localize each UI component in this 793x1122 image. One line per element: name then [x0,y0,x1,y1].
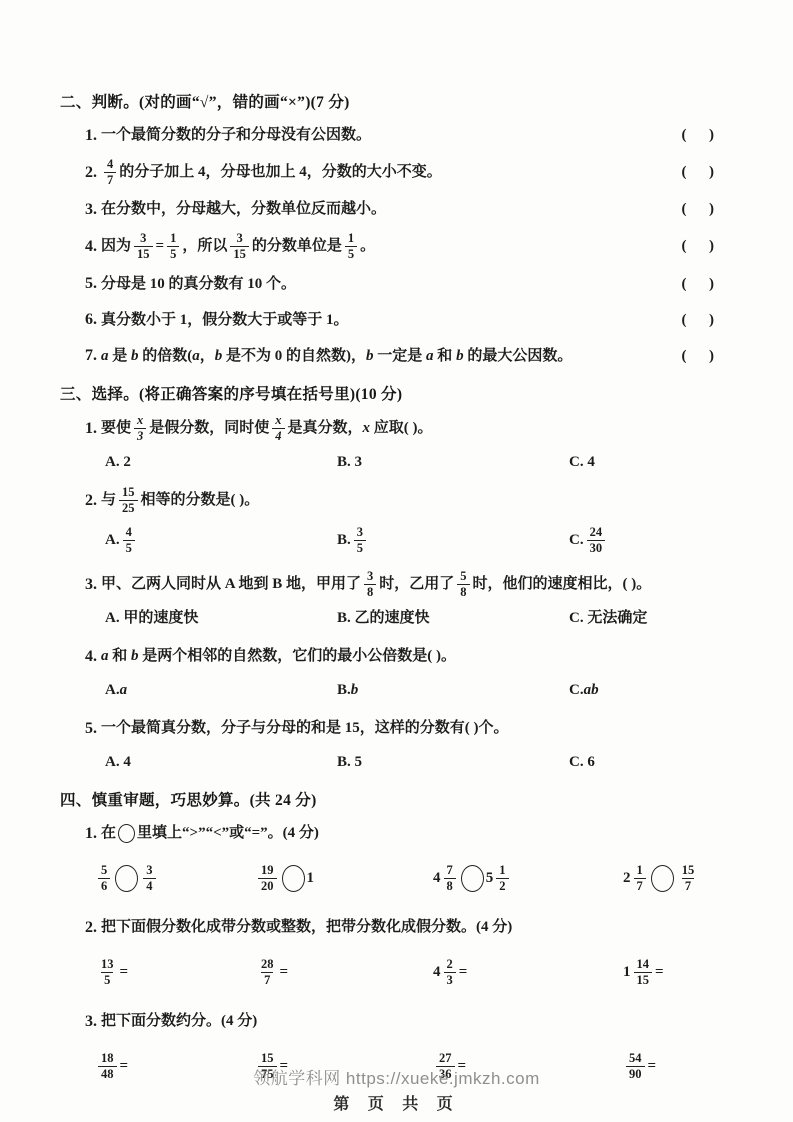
fraction: 315 [230,232,249,261]
option-a: A. 甲的速度快 [105,608,337,629]
watermark-site-link: 领航学科网 https://xueke.jmkzh.com [0,1064,793,1089]
calc-sub-title: 把下面假分数化成带分数或整数，把带分数化成假分数。(4 分) [101,917,512,938]
fraction: 35 [354,526,366,555]
item-number: 6. [85,311,97,329]
calc-sub-title: 在里填上“>”“<”或“=”。(4 分) [101,823,319,844]
choice-item-2: 2. 与1525相等的分数是( )。 A. 45 B. 35 C. 2430 [60,486,714,560]
judge-item-text: 真分数小于 1，假分数大于或等于 1。 [101,310,674,331]
fraction: 78 [444,864,456,893]
item-number: 3. [85,1013,97,1031]
fraction: 2430 [587,526,606,555]
option-b: B. b [337,680,569,701]
option-c: C. 6 [569,752,714,773]
item-number: 7. [85,347,97,365]
option-b: B. 35 [337,526,569,555]
judge-item-text: 因为315=15，所以315的分数单位是15。 [101,232,674,261]
option-b: B. 乙的速度快 [337,608,569,629]
calc-sub-2: 2. 把下面假分数化成带分数或整数，把带分数化成假分数。(4 分) 135= 2… [60,914,714,994]
fraction: 15 [167,232,179,261]
fraction: 58 [457,570,469,599]
answer-brackets: ( ) [682,276,715,293]
choice-item-4: 4. a 和 b 是两个相邻的自然数，它们的最小公倍数是( )。 A. a B.… [60,642,714,704]
fraction: 47 [104,158,116,187]
item-number: 2. [85,492,97,510]
compare-expression: 1920 1 [255,864,433,893]
judge-item-6: 6. 真分数小于 1，假分数大于或等于 1。 ( ) [60,307,714,334]
page-footer: 领航学科网 https://xueke.jmkzh.com 第 页 共 页 [0,1064,793,1114]
fraction: 157 [679,864,698,893]
item-number: 1. [85,420,97,438]
fraction: 34 [143,864,155,893]
answer-brackets: ( ) [682,164,715,181]
judge-item-7: 7. a 是 b 的倍数(a，b 是不为 0 的自然数)，b 一定是 a 和 b… [60,343,714,370]
item-number: 4. [85,648,97,666]
fraction: 45 [123,526,135,555]
fraction: 1415 [634,958,653,987]
section-choice-heading: 三、选择。(将正确答案的序号填在括号里)(10 分) [60,382,714,404]
fraction: 135 [98,958,117,987]
choice-question-text: 要使x3是假分数，同时使x4是真分数，x 应取( )。 [101,414,433,443]
calc-sub-1: 1. 在里填上“>”“<”或“=”。(4 分) 5634 1920 1 4 78… [60,820,714,900]
judge-item-text: 分母是 10 的真分数有 10 个。 [101,274,674,295]
fraction: x4 [272,414,284,443]
compare-row: 5634 1920 1 4 78 5 12 2 17157 [60,858,714,900]
choice-options: A. 4 B. 5 C. 6 [60,750,714,776]
calc-sub-title: 把下面分数约分。(4 分) [101,1011,257,1032]
answer-brackets: ( ) [682,312,715,329]
compare-expression: 4 78 5 12 [433,864,623,893]
answer-brackets: ( ) [682,201,715,218]
section-calc-heading: 四、慎重审题，巧思妙算。(共 24 分) [60,788,714,810]
option-a: A. 45 [105,526,337,555]
judge-item-1: 1. 一个最简分数的分子和分母没有公因数。 ( ) [60,122,714,149]
fraction: 56 [98,864,110,893]
item-number: 1. [85,825,97,843]
judge-item-2: 2. 47的分子加上 4，分母也加上 4，分数的大小不变。 ( ) [60,158,714,187]
compare-circle [461,865,484,892]
option-a: A. 4 [105,752,337,773]
fraction: 23 [444,958,456,987]
fraction: 17 [634,864,646,893]
fraction: 1525 [119,486,138,515]
answer-brackets: ( ) [682,127,715,144]
fraction: 12 [496,864,508,893]
worksheet-content: 二、判断。(对的画“√”，错的画“×”)(7 分) 1. 一个最简分数的分子和分… [60,86,714,1102]
item-number: 4. [85,238,97,256]
convert-expression: 135= [95,958,255,987]
item-number: 2. [85,919,97,937]
page-number-line: 第 页 共 页 [0,1091,793,1114]
choice-question-text: 甲、乙两人同时从 A 地到 B 地，甲用了38时，乙用了58时，他们的速度相比，… [101,570,651,599]
item-number: 2. [85,164,97,182]
fraction: 315 [134,232,153,261]
choice-item-1: 1. 要使x3是假分数，同时使x4是真分数，x 应取( )。 A. 2 B. 3… [60,414,714,476]
judge-item-text: 47的分子加上 4，分母也加上 4，分数的大小不变。 [101,158,674,187]
choice-item-5: 5. 一个最简真分数，分子与分母的和是 15，这样的分数有( )个。 A. 4 … [60,714,714,776]
choice-question-text: 一个最简真分数，分子与分母的和是 15，这样的分数有( )个。 [101,718,509,739]
option-b: B. 5 [337,752,569,773]
option-c: C. ab [569,680,714,701]
judge-item-5: 5. 分母是 10 的真分数有 10 个。 ( ) [60,271,714,298]
judge-item-text: 一个最简分数的分子和分母没有公因数。 [101,125,674,146]
compare-circle [282,865,305,892]
convert-row: 135= 287= 4 23= 1 1415= [60,952,714,994]
item-number: 3. [85,576,97,594]
compare-circle [118,824,135,843]
choice-options: A. a B. b C. ab [60,678,714,704]
convert-expression: 1 1415= [623,958,714,987]
judge-item-4: 4. 因为315=15，所以315的分数单位是15。 ( ) [60,232,714,261]
choice-question-text: 与1525相等的分数是( )。 [101,486,259,515]
answer-brackets: ( ) [682,238,715,255]
answer-brackets: ( ) [682,348,715,365]
compare-expression: 5634 [95,864,255,893]
worksheet-page: 二、判断。(对的画“√”，错的画“×”)(7 分) 1. 一个最简分数的分子和分… [0,0,793,1122]
compare-expression: 2 17157 [623,864,714,893]
choice-question-text: a 和 b 是两个相邻的自然数，它们的最小公倍数是( )。 [101,646,456,667]
option-c: C. 4 [569,452,714,473]
judge-item-text: a 是 b 的倍数(a，b 是不为 0 的自然数)，b 一定是 a 和 b 的最… [101,346,674,367]
option-b: B. 3 [337,452,569,473]
fraction: 38 [364,570,376,599]
fraction: 1920 [258,864,277,893]
fraction: 287 [258,958,277,987]
fraction: 15 [345,232,357,261]
section-judge-heading: 二、判断。(对的画“√”，错的画“×”)(7 分) [60,90,714,112]
option-c: C. 无法确定 [569,608,714,629]
item-number: 1. [85,127,97,145]
fraction: x3 [134,414,146,443]
option-c: C. 2430 [569,526,714,555]
compare-circle [651,865,674,892]
convert-expression: 287= [255,958,433,987]
option-a: A. 2 [105,452,337,473]
judge-item-text: 在分数中，分母越大，分数单位反而越小。 [101,199,674,220]
item-number: 5. [85,720,97,738]
choice-options: A. 2 B. 3 C. 4 [60,450,714,476]
item-number: 5. [85,275,97,293]
item-number: 3. [85,201,97,219]
option-a: A. a [105,680,337,701]
choice-item-3: 3. 甲、乙两人同时从 A 地到 B 地，甲用了38时，乙用了58时，他们的速度… [60,570,714,632]
judge-item-3: 3. 在分数中，分母越大，分数单位反而越小。 ( ) [60,196,714,223]
convert-expression: 4 23= [433,958,623,987]
choice-options: A. 45 B. 35 C. 2430 [60,522,714,560]
choice-options: A. 甲的速度快 B. 乙的速度快 C. 无法确定 [60,606,714,632]
compare-circle [115,865,138,892]
